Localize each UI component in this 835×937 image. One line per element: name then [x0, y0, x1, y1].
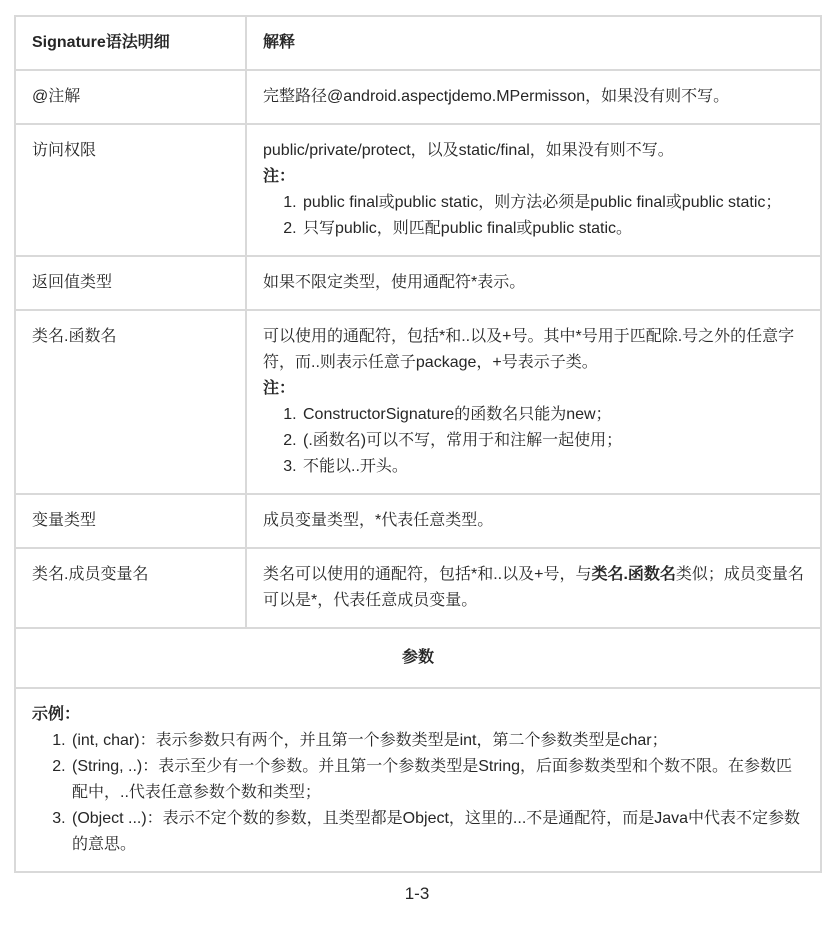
examples-cell: 示例： (int, char)：表示参数只有两个，并且第一个参数类型是int，第… — [15, 688, 821, 872]
note-label: 注： — [263, 164, 804, 190]
explanation-cell: 如果不限定类型，使用通配符*表示。 — [246, 256, 821, 310]
note-list: public final或public static，则方法必须是public … — [263, 190, 804, 242]
note-list-item: ConstructorSignature的函数名只能为new； — [301, 402, 804, 428]
header-cell-term: Signature语法明细 — [15, 16, 246, 70]
note-list-item: 只写public，则匹配public final或public static。 — [301, 216, 804, 242]
signature-syntax-table: Signature语法明细 解释 @注解 完整路径@android.aspect… — [14, 15, 822, 873]
explanation-cell: 类名可以使用的通配符，包括*和..以及+号，与类名.函数名类似；成员变量名可以是… — [246, 548, 821, 628]
explanation-text: 类名可以使用的通配符，包括*和..以及+号，与类名.函数名类似；成员变量名可以是… — [263, 562, 804, 614]
table-row-return-type: 返回值类型 如果不限定类型，使用通配符*表示。 — [15, 256, 821, 310]
section-title-params: 参数 — [15, 628, 821, 688]
term-cell: @注解 — [15, 70, 246, 124]
table-row-class-method-name: 类名.函数名 可以使用的通配符，包括*和..以及+号。其中*号用于匹配除.号之外… — [15, 310, 821, 494]
explanation-cell: 成员变量类型，*代表任意类型。 — [246, 494, 821, 548]
text-segment: 类名可以使用的通配符，包括*和..以及+号，与 — [263, 566, 591, 583]
explanation-cell: public/private/protect，以及static/final，如果… — [246, 124, 821, 256]
header-cell-explanation: 解释 — [246, 16, 821, 70]
note-list: ConstructorSignature的函数名只能为new； (.函数名)可以… — [263, 402, 804, 480]
term-cell: 类名.成员变量名 — [15, 548, 246, 628]
examples-list-item: (int, char)：表示参数只有两个，并且第一个参数类型是int，第二个参数… — [70, 728, 804, 754]
table-row-variable-type: 变量类型 成员变量类型，*代表任意类型。 — [15, 494, 821, 548]
section-header-row: 参数 — [15, 628, 821, 688]
note-label: 注： — [263, 376, 804, 402]
examples-list: (int, char)：表示参数只有两个，并且第一个参数类型是int，第二个参数… — [32, 728, 804, 858]
examples-label: 示例： — [32, 702, 804, 728]
explanation-cell: 完整路径@android.aspectjdemo.MPermisson，如果没有… — [246, 70, 821, 124]
term-cell: 访问权限 — [15, 124, 246, 256]
term-cell: 返回值类型 — [15, 256, 246, 310]
note-list-item: (.函数名)可以不写，常用于和注解一起使用； — [301, 428, 804, 454]
text-segment-bold: 类名.函数名 — [591, 566, 675, 583]
table-header-row: Signature语法明细 解释 — [15, 16, 821, 70]
note-list-item: 不能以..开头。 — [301, 454, 804, 480]
table-row-annotation: @注解 完整路径@android.aspectjdemo.MPermisson，… — [15, 70, 821, 124]
document-page: Signature语法明细 解释 @注解 完整路径@android.aspect… — [0, 0, 835, 937]
explanation-cell: 可以使用的通配符，包括*和..以及+号。其中*号用于匹配除.号之外的任意字符，而… — [246, 310, 821, 494]
term-cell: 变量类型 — [15, 494, 246, 548]
explanation-text: 可以使用的通配符，包括*和..以及+号。其中*号用于匹配除.号之外的任意字符，而… — [263, 324, 804, 376]
note-list-item: public final或public static，则方法必须是public … — [301, 190, 804, 216]
table-row-access-modifier: 访问权限 public/private/protect，以及static/fin… — [15, 124, 821, 256]
examples-row: 示例： (int, char)：表示参数只有两个，并且第一个参数类型是int，第… — [15, 688, 821, 872]
explanation-text: public/private/protect，以及static/final，如果… — [263, 138, 804, 164]
examples-list-item: (String, ..)：表示至少有一个参数。并且第一个参数类型是String，… — [70, 754, 804, 806]
page-number: 1-3 — [14, 881, 820, 907]
examples-list-item: (Object ...)：表示不定个数的参数，且类型都是Object，这里的..… — [70, 806, 804, 858]
term-cell: 类名.函数名 — [15, 310, 246, 494]
table-row-class-member-name: 类名.成员变量名 类名可以使用的通配符，包括*和..以及+号，与类名.函数名类似… — [15, 548, 821, 628]
